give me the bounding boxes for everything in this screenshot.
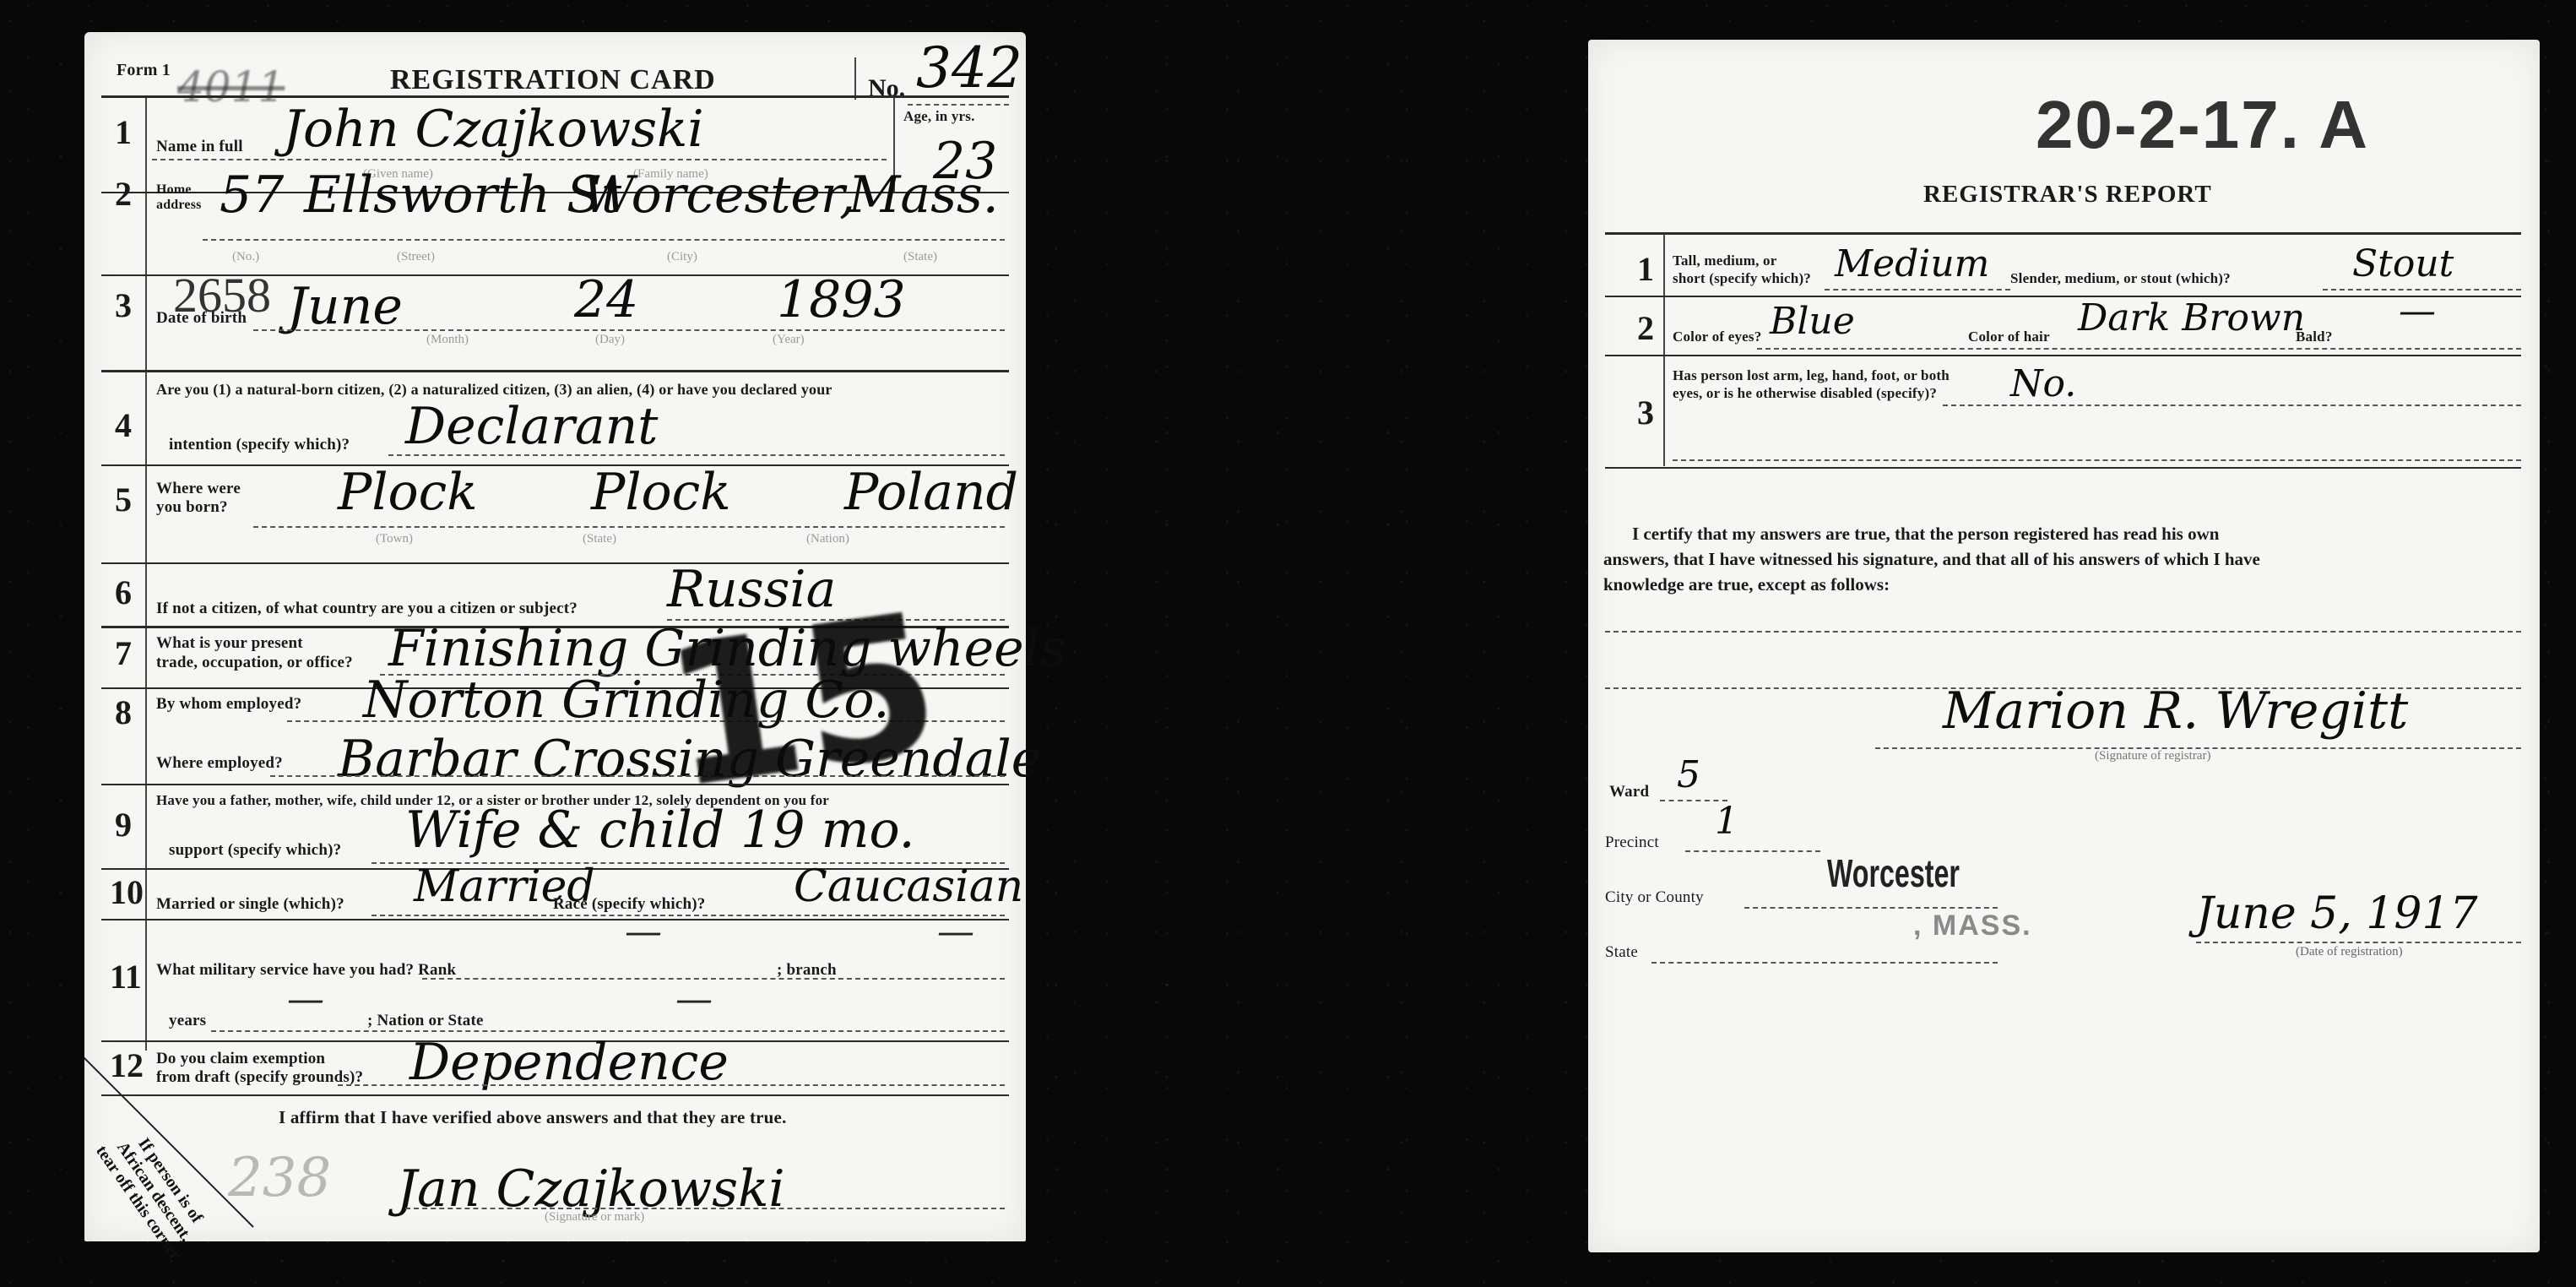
city-label: City or County: [1605, 888, 1704, 907]
state-line: [1651, 962, 1998, 964]
nation-caption: (Nation): [806, 532, 849, 546]
row-number-2: 2: [115, 174, 132, 214]
form-label: Form 1: [117, 61, 171, 80]
height-value: Medium: [1835, 242, 1989, 285]
precinct-label: Precinct: [1605, 834, 1659, 852]
citizenship-question: Are you (1) a natural-born citizen, (2) …: [156, 381, 832, 399]
no-caption: (No.): [232, 250, 259, 264]
header-rule: [101, 95, 1009, 98]
name-line: [152, 159, 887, 160]
city-stamp: Worcester: [1827, 850, 1960, 896]
precinct-value: 1: [1715, 800, 1738, 843]
registration-date: June 5, 1917: [2196, 888, 2478, 939]
registration-card: Form 1 4011 REGISTRATION CARD No. 342 1 …: [84, 32, 1026, 1241]
branch-value: —: [937, 910, 974, 953]
row-rule-5: [101, 562, 1009, 564]
address-street: Ellsworth St: [304, 166, 621, 225]
branch-label: ; branch: [777, 961, 837, 980]
city-line: [1744, 907, 1998, 909]
state-stamp: , MASS.: [1913, 910, 2032, 942]
dob-line: [253, 329, 1005, 331]
height-label-b: short (specify which)?: [1673, 270, 1811, 287]
years-label: years: [169, 1012, 206, 1030]
hair-color-value: Dark Brown: [2078, 296, 2305, 339]
disability-label-b: eyes, or is he otherwise disabled (speci…: [1673, 385, 1937, 402]
street-caption: (Street): [397, 250, 435, 264]
race-value: Caucasian: [794, 861, 1023, 912]
nation-state-label: ; Nation or State: [367, 1012, 484, 1030]
home-label: Home: [156, 182, 192, 198]
number-line: [908, 104, 1009, 106]
row-number-6: 6: [115, 573, 132, 612]
registration-date-line: [2196, 942, 2521, 943]
name-label: Name in full: [156, 138, 243, 156]
exemption-value: Dependence: [409, 1033, 729, 1092]
row-number-divider: [1663, 234, 1665, 466]
row-number-8: 8: [115, 692, 132, 732]
disability-line-2: [1673, 459, 2521, 461]
employer-label: By whom employed?: [156, 695, 301, 714]
disability-line: [1943, 405, 2521, 406]
disability-label-a: Has person lost arm, leg, hand, foot, or…: [1673, 367, 1950, 384]
years-value: —: [287, 978, 324, 1021]
exception-line-1: [1605, 631, 2521, 633]
certification-text: I certify that my answers are true, that…: [1603, 521, 2524, 597]
row-number-10: 10: [110, 872, 144, 912]
crayon-mark: 15: [653, 572, 952, 833]
marital-line: [371, 915, 1005, 916]
birth-state: Plock: [591, 463, 731, 522]
certification-line: knowledge are true, except as follows:: [1603, 572, 2524, 597]
row-number-9: 9: [115, 805, 132, 844]
citizen-of-label: If not a citizen, of what country are yo…: [156, 600, 578, 618]
row-rule-3: [101, 370, 1009, 372]
precinct-line: [1685, 850, 1820, 852]
row-rule-10: [101, 919, 1009, 920]
city-caption: (City): [667, 250, 697, 264]
registration-date-caption: (Date of registration): [2296, 945, 2403, 959]
height-label-a: Tall, medium, or: [1673, 253, 1776, 269]
birth-day: 24: [574, 270, 638, 329]
header-rule: [1605, 232, 2521, 235]
birth-nation: Poland: [844, 463, 1018, 522]
address-number: 57: [220, 166, 284, 225]
report-row-rule-3: [1605, 467, 2521, 469]
row-number-3: 3: [115, 285, 132, 325]
military-line: [422, 978, 1005, 980]
birth-month: June: [287, 277, 403, 336]
signature-caption: (Signature or mark): [545, 1210, 644, 1225]
name-value: John Czajkowski: [283, 100, 704, 159]
card-title: REGISTRATION CARD: [390, 64, 716, 96]
report-row-number-2: 2: [1637, 308, 1654, 348]
disability-value: No.: [2010, 362, 2076, 405]
town-caption: (Town): [376, 532, 413, 546]
registrar-signature: Marion R. Wregitt: [1943, 682, 2408, 741]
intention-line: [388, 454, 1005, 456]
month-caption: (Month): [426, 333, 469, 347]
report-row-number-1: 1: [1637, 249, 1654, 289]
crossed-out-stamp: 4011: [177, 62, 285, 111]
birthplace-label-a: Where were: [156, 480, 241, 498]
row-number-1: 1: [115, 112, 132, 152]
hair-color-label: Color of hair: [1968, 329, 2050, 345]
report-title: REGISTRAR'S REPORT: [1923, 181, 2212, 209]
military-label: What military service have you had? Rank: [156, 961, 456, 980]
state-label: State: [1605, 943, 1638, 962]
nation-state-value: —: [675, 978, 713, 1021]
build-value: Stout: [2352, 242, 2454, 285]
exemption-line: [338, 1084, 1005, 1086]
address-city: Worcester,: [583, 166, 855, 225]
address-line: [203, 239, 1005, 241]
row-number-4: 4: [115, 405, 132, 445]
ward-value: 5: [1677, 753, 1700, 796]
state-caption: (State): [903, 250, 937, 264]
row-number-11: 11: [110, 957, 142, 996]
report-row-rule-1: [1605, 296, 2521, 297]
age-label: Age, in yrs.: [903, 108, 975, 125]
ward-label: Ward: [1609, 783, 1649, 801]
eye-color-label: Color of eyes?: [1673, 329, 1761, 345]
serial-stamp: 20-2-17. A: [2036, 86, 2369, 164]
eye-color-value: Blue: [1770, 300, 1855, 343]
intention-label: intention (specify which)?: [169, 436, 350, 454]
address-state: Mass.: [849, 166, 999, 225]
card-number: 342: [916, 35, 1022, 100]
day-caption: (Day): [595, 333, 625, 347]
birth-town: Plock: [338, 463, 478, 522]
occupation-label-a: What is your present: [156, 634, 303, 653]
bald-value: —: [2399, 290, 2436, 333]
certification-line: I certify that my answers are true, that…: [1603, 521, 2524, 546]
rank-value: —: [625, 910, 662, 953]
report-row-rule-2: [1605, 355, 2521, 356]
birthplace-label-b: you born?: [156, 498, 228, 517]
birth-year: 1893: [777, 270, 906, 329]
row-number-7: 7: [115, 633, 132, 673]
registrar-signature-caption: (Signature of registrar): [2095, 749, 2210, 763]
birthplace-line: [253, 526, 1005, 528]
year-caption: (Year): [773, 333, 805, 347]
affirmation-text: I affirm that I have verified above answ…: [279, 1107, 787, 1128]
certification-line: answers, that I have witnessed his signa…: [1603, 546, 2524, 572]
serial-number: 2658: [173, 267, 271, 323]
work-place-label: Where employed?: [156, 754, 283, 773]
years-line: [211, 1030, 1005, 1032]
marital-label: Married or single (which)?: [156, 895, 344, 914]
eye-hair-line: [1757, 348, 2521, 350]
row-number-5: 5: [115, 480, 132, 519]
address-label: address: [156, 198, 202, 213]
bald-label: Bald?: [2296, 329, 2333, 345]
citizenship-value: Declarant: [405, 397, 658, 456]
registrars-report-card: 20-2-17. A REGISTRAR'S REPORT 1 Tall, me…: [1588, 40, 2540, 1252]
occupation-label-b: trade, occupation, or office?: [156, 654, 353, 672]
signature-line: [405, 1208, 1005, 1209]
build-label: Slender, medium, or stout (which)?: [2010, 270, 2231, 287]
report-row-number-3: 3: [1637, 393, 1654, 432]
state-caption-born: (State): [583, 532, 616, 546]
row-number-divider: [145, 98, 147, 1051]
support-label: support (specify which)?: [169, 841, 341, 860]
height-line: [1825, 289, 2010, 291]
number-label: No.: [868, 74, 905, 103]
divider: [854, 57, 856, 100]
